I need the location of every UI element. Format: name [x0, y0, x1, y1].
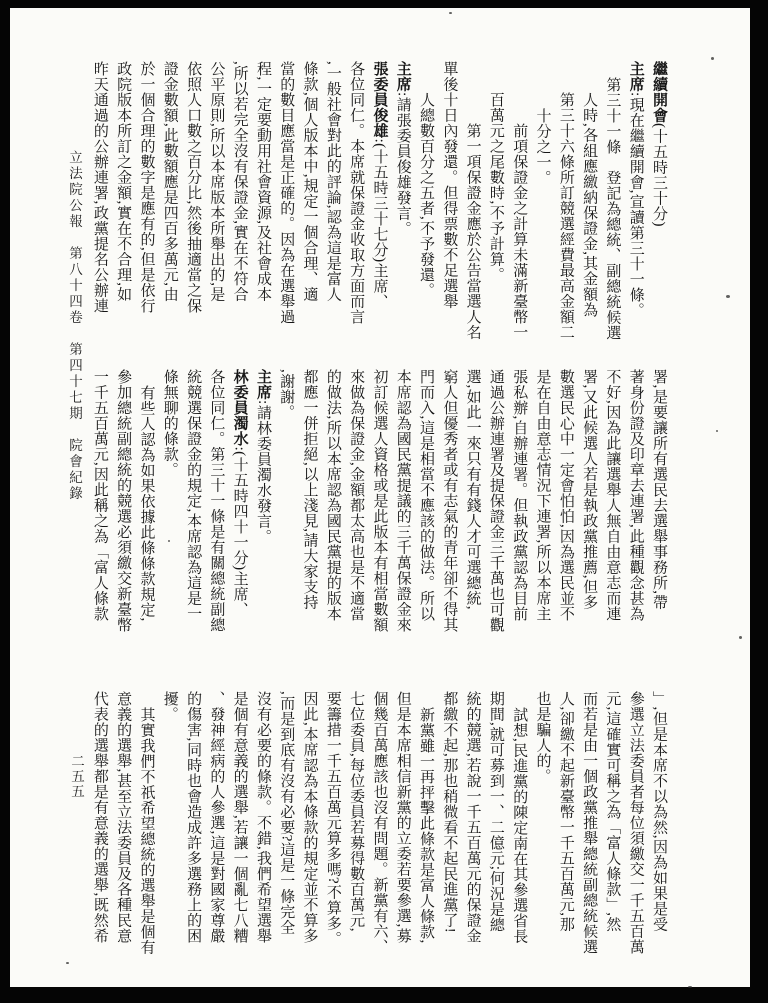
speaker-or-heading: 張委員俊雄 — [371, 61, 387, 139]
body-text: 個幾百萬應該也沒有問題。新黨有六、 — [371, 691, 387, 955]
body-text: 期間,就可募到一、二億元;何況是總 — [488, 691, 504, 932]
scan-speck — [726, 295, 730, 298]
speaker-or-heading: 繼續開會 — [651, 61, 667, 123]
text-column: 試想,民進黨的陳定南在其參選省長 — [507, 691, 530, 997]
text-column: 署,又此候選人若是執政黨推薦,但多 — [577, 369, 600, 653]
body-text: 單後十日內發還。但得票數不足選舉 — [441, 61, 457, 309]
text-column: 元,這確實可稱之為「富人條款」,然 — [600, 691, 623, 997]
body-text: 而若是由一個政黨推舉總統副總統候選 — [581, 691, 597, 955]
text-column: 窮人但優秀者或有志氣的青年卻不得其 — [437, 369, 460, 653]
text-column: 代表的選舉都是有意義的選舉,既然希 — [88, 691, 111, 997]
text-column: 是在自由意志情況下連署,所以本席主 — [530, 369, 553, 653]
text-column: 張委員俊雄:(十五時三十七分)主席、 — [367, 61, 390, 347]
text-column: 新黨雖一再抨擊此條款是富人條款, — [414, 691, 437, 997]
text-column: 初訂候選人資格或是此版本有相當數額 — [367, 369, 390, 653]
text-column: 選,如此一來只有有錢人才可選總統, — [460, 369, 483, 653]
body-text: 人總數百分之五者,不予發還。 — [418, 92, 434, 298]
text-column: 統競選保證金的規定,本席認為這是一 — [181, 369, 204, 653]
text-column: ,而是到底有沒有必要?這是一條完全 — [274, 691, 297, 997]
text-column: 單後十日內發還。但得票數不足選舉 — [437, 61, 460, 347]
body-text: 統競選保證金的規定,本席認為這是一 — [185, 369, 201, 621]
paper-sheet: 立法院公報 第八十四卷 第四十七期 院會紀錄 二五五 繼續開會(十五時三十分)主… — [10, 8, 750, 987]
body-text: 意義的選舉,甚至立法委員及各種民意 — [115, 691, 131, 943]
text-column: 證金數額,此數額應是四百多萬元,由 — [157, 61, 180, 347]
body-text: 要籌措一千五百萬元算多嗎?不算多。 — [325, 691, 341, 946]
speaker-or-heading: 主席 — [628, 61, 644, 92]
text-column: 的做法,所以本席認為國民黨提的版本 — [321, 369, 344, 653]
text-column: 參選立法委員者每位須繳交一千五百萬 — [623, 691, 646, 997]
text-column: 但是本席相信新黨的立委若要參選,募 — [390, 691, 413, 997]
text-column: 人時,各組應繳納保證金,其金額為 — [577, 61, 600, 347]
text-band-top: 繼續開會(十五時三十分)主席:現在繼續開會,宣讀第三十一條。第三十一條 登記為總… — [88, 61, 670, 347]
body-text: 各位同仁。第三十一條是有關總統副總 — [208, 369, 224, 633]
scan-speck — [716, 430, 718, 432]
text-column: 主席:現在繼續開會,宣讀第三十一條。 — [623, 61, 646, 347]
text-column: 條無聊的條款。 — [157, 369, 180, 653]
body-text: 沒有必要的條款。不錯,我們希望選舉 — [255, 691, 271, 943]
body-text: :(十五時三十七分)主席、 — [371, 139, 387, 310]
text-column: 條款,個人版本中,規定一個合理、適 — [297, 61, 320, 347]
text-column: 張私辦,自辦連署。但執政黨認為目前 — [507, 369, 530, 653]
text-column: 第一項保證金應於公告當選人名 — [460, 61, 483, 347]
body-text: 其實我們不祇希望總統的選舉是個有 — [138, 707, 154, 955]
body-text: 公平原則,所以本席版本所舉出的,是 — [208, 61, 224, 302]
text-column: 有些人認為如果依據此條條款規定, — [134, 369, 157, 653]
text-column: 本席認為國民黨提議的三千萬保證金來 — [390, 369, 413, 653]
body-text: 」,但是本席不以為然,因為如果是受 — [651, 691, 667, 932]
scanned-gazette-page: 立法院公報 第八十四卷 第四十七期 院會紀錄 二五五 繼續開會(十五時三十分)主… — [0, 0, 768, 1003]
text-column: 」,但是本席不以為然,因為如果是受 — [647, 691, 670, 997]
text-column: 昨天通過的公辦連署,政黨提名公辦連 — [88, 61, 111, 347]
body-text: 程,一定要動用社會資源,及社會成本 — [255, 61, 271, 302]
body-text: 的做法,所以本席認為國民黨提的版本 — [325, 369, 341, 621]
text-column: 一千五百萬元,因此稱之為「富人條款 — [88, 369, 111, 653]
speaker-or-heading: 林委員濁水 — [232, 369, 248, 447]
text-column: 政院版本所訂之金額,實在不合理,如 — [111, 61, 134, 347]
text-column: 人總數百分之五者,不予發還。 — [414, 61, 437, 347]
text-column: 是個有意義的選舉,若讓一個亂七八糟 — [227, 691, 250, 997]
body-text: 百萬元之尾數時,不予計算。 — [488, 92, 504, 282]
body-text: 代表的選舉都是有意義的選舉,既然希 — [92, 691, 108, 943]
text-column: ,一般社會對此的評論,認為這是富人 — [321, 61, 344, 347]
body-text: 本席認為國民黨提議的三千萬保證金來 — [395, 369, 411, 633]
text-column: 意義的選舉,甚至立法委員及各種民意 — [111, 691, 134, 997]
text-column: 林委員濁水:(十五時四十一分)主席、 — [227, 369, 250, 653]
body-text: (十五時三十分) — [651, 123, 667, 227]
body-text: :(十五時四十一分)主席、 — [232, 447, 248, 618]
text-column: 不好,因為此讓選舉人無自由意志而連 — [600, 369, 623, 653]
body-text: 都應一併拒絕,以上淺見,請大家支持 — [302, 369, 318, 610]
text-column: 數選民心中一定會怕怕,因為選民並不 — [554, 369, 577, 653]
body-text: 是個有意義的選舉,若讓一個亂七八糟 — [232, 691, 248, 943]
body-text: 來做為保證金,金額都太高也是不適當 — [348, 369, 364, 621]
text-column: 、發神經病的人參選,這是對國家尊嚴 — [204, 691, 227, 997]
text-column: 的傷害,同時也會造成許多選務上的困 — [181, 691, 204, 997]
body-text: 著身份證及印章去連署,此種觀念甚為 — [628, 369, 644, 621]
text-column: 各位同仁。本席就保證金收取方面而言 — [344, 61, 367, 347]
text-column: 第三十六條所訂競選經費最高金額二 — [554, 61, 577, 347]
text-column: 署,是要讓所有選民去選舉事務所,帶 — [647, 369, 670, 653]
body-text: 、發神經病的人參選,這是對國家尊嚴 — [208, 691, 224, 943]
text-column: 要籌措一千五百萬元算多嗎?不算多。 — [321, 691, 344, 997]
text-column: 其實我們不祇希望總統的選舉是個有 — [134, 691, 157, 997]
text-column: 程,一定要動用社會資源,及社會成本 — [251, 61, 274, 347]
body-text: 前項保證金之計算未滿新臺幣一 — [511, 123, 527, 340]
body-text: 窮人但優秀者或有志氣的青年卻不得其 — [441, 369, 457, 633]
text-column: 沒有必要的條款。不錯,我們希望選舉 — [251, 691, 274, 997]
text-column: ,謝謝。 — [274, 369, 297, 653]
body-text: 的傷害,同時也會造成許多選務上的困 — [185, 691, 201, 943]
text-column: 依照人口數之百分比,然後抽適當之保 — [181, 61, 204, 347]
scan-speck — [711, 57, 714, 60]
body-text: 數選民心中一定會怕怕,因為選民並不 — [558, 369, 574, 621]
text-column: 前項保證金之計算未滿新臺幣一 — [507, 61, 530, 347]
text-column: 個幾百萬應該也沒有問題。新黨有六、 — [367, 691, 390, 997]
text-column: 都繳不起,那也稍微看不起民進黨了! — [437, 691, 460, 997]
body-text: 第三十一條 登記為總統、副總統候選 — [604, 77, 620, 341]
text-column: ,所以若完全沒有保證金,實在不符合 — [227, 61, 250, 347]
body-text: 張私辦,自辦連署。但執政黨認為目前 — [511, 369, 527, 621]
body-text: 人時,各組應繳納保證金,其金額為 — [581, 92, 597, 318]
text-column: 第三十一條 登記為總統、副總統候選 — [600, 61, 623, 347]
body-text: 有些人認為如果依據此條條款規定, — [138, 385, 154, 622]
text-column: 十分之一。 — [530, 61, 553, 347]
text-column: 也是騙人的。 — [530, 691, 553, 997]
text-column: 著身份證及印章去連署,此種觀念甚為 — [623, 369, 646, 653]
text-column: 統的競選,若說一千五百萬元的保證金 — [460, 691, 483, 997]
text-column: 主席:請張委員俊雄發言。 — [390, 61, 413, 347]
body-text: :請林委員濁水發言。 — [255, 400, 271, 544]
body-text: 元,這確實可稱之為「富人條款」,然 — [604, 691, 620, 932]
scan-speck — [66, 962, 69, 964]
speaker-or-heading: 主席 — [395, 61, 411, 92]
text-column: 都應一併拒絕,以上淺見,請大家支持 — [297, 369, 320, 653]
body-text: 通過公辦連署及提保證金三千萬也可觀 — [488, 369, 504, 633]
body-text: 一千五百萬元,因此稱之為「富人條款 — [92, 369, 108, 621]
body-text: 七位委員,每位委員若募得數百萬元, — [348, 691, 364, 932]
text-column: 人,卻繳不起新臺幣一千五百萬元,那 — [554, 691, 577, 997]
body-text: 十分之一。 — [535, 108, 551, 186]
text-column: 而若是由一個政黨推舉總統副總統候選 — [577, 691, 600, 997]
body-text: 條款,個人版本中,規定一個合理、適 — [302, 61, 318, 302]
body-text: 都繳不起,那也稍微看不起民進黨了! — [441, 691, 457, 933]
body-text: 證金數額,此數額應是四百多萬元,由 — [162, 61, 178, 302]
text-column: 來做為保證金,金額都太高也是不適當 — [344, 369, 367, 653]
body-text: ,所以若完全沒有保證金,實在不符合 — [232, 61, 248, 302]
body-text: 條無聊的條款。 — [162, 369, 178, 478]
text-column: 期間,就可募到一、二億元;何況是總 — [484, 691, 507, 997]
body-text: 因此,本席認為本條款的規定並不算多 — [302, 691, 318, 943]
body-text: :請張委員俊雄發言。 — [395, 92, 411, 236]
body-text: 參加總統副總統的競選必須繳交新臺幣 — [115, 369, 131, 633]
body-text: 門而入,這是相當不應該的做法。所以 — [418, 369, 434, 621]
text-column: 繼續開會(十五時三十分) — [647, 61, 670, 347]
text-band-middle: 署,是要讓所有選民去選舉事務所,帶著身份證及印章去連署,此種觀念甚為不好,因為此… — [88, 369, 670, 653]
text-column: 主席:請林委員濁水發言。 — [251, 369, 274, 653]
body-text: 新黨雖一再抨擊此條款是富人條款, — [418, 707, 434, 944]
body-text: 昨天通過的公辦連署,政黨提名公辦連 — [92, 61, 108, 313]
body-text: 各位同仁。本席就保證金收取方面而言 — [348, 61, 364, 325]
text-column: 擾。 — [157, 691, 180, 997]
body-text: 統的競選,若說一千五百萬元的保證金 — [465, 691, 481, 943]
text-column: 當的數目應當是正確的。因為在選舉過 — [274, 61, 297, 347]
body-text: 於一個合理的數字是應有的,但是依行 — [138, 61, 154, 313]
page-number: 二五五 — [66, 754, 86, 799]
text-column: 參加總統副總統的競選必須繳交新臺幣 — [111, 369, 134, 653]
text-column: 通過公辦連署及提保證金三千萬也可觀 — [484, 369, 507, 653]
text-band-bottom: 」,但是本席不以為然,因為如果是受參選立法委員者每位須繳交一千五百萬元,這確實可… — [88, 691, 670, 997]
body-text: ,一般社會對此的評論,認為這是富人 — [325, 61, 341, 302]
scan-speck — [449, 12, 452, 14]
text-column: 因此,本席認為本條款的規定並不算多 — [297, 691, 320, 997]
text-column: 於一個合理的數字是應有的,但是依行 — [134, 61, 157, 347]
body-text: 也是騙人的。 — [535, 691, 551, 784]
speaker-or-heading: 主席 — [255, 369, 271, 400]
body-text: 選,如此一來只有有錢人才可選總統, — [465, 369, 481, 610]
body-text: 第一項保證金應於公告當選人名 — [465, 123, 481, 340]
body-text: 不好,因為此讓選舉人無自由意志而連 — [604, 369, 620, 621]
text-column: 公平原則,所以本席版本所舉出的,是 — [204, 61, 227, 347]
body-text: :現在繼續開會,宣讀第三十一條。 — [628, 92, 644, 318]
body-text: 署,又此候選人若是執政黨推薦,但多 — [581, 369, 597, 610]
body-text: 人,卻繳不起新臺幣一千五百萬元,那 — [558, 691, 574, 932]
gazette-sidebar-title: 立法院公報 第八十四卷 第四十七期 院會紀錄 — [64, 150, 84, 502]
body-text: 依照人口數之百分比,然後抽適當之保 — [185, 61, 201, 313]
body-text: 署,是要讓所有選民去選舉事務所,帶 — [651, 369, 667, 610]
body-text: ,而是到底有沒有必要?這是一條完全 — [278, 691, 294, 935]
scan-speck — [688, 986, 692, 988]
body-text: 是在自由意志情況下連署,所以本席主 — [535, 369, 551, 621]
body-text: ,謝謝。 — [278, 369, 294, 420]
body-text: 當的數目應當是正確的。因為在選舉過 — [278, 61, 294, 325]
text-column: 七位委員,每位委員若募得數百萬元, — [344, 691, 367, 997]
body-text: 試想,民進黨的陳定南在其參選省長 — [511, 707, 527, 944]
body-text: 擾。 — [162, 691, 178, 722]
body-text: 第三十六條所訂競選經費最高金額二 — [558, 92, 574, 340]
text-column: 百萬元之尾數時,不予計算。 — [484, 61, 507, 347]
body-text: 初訂候選人資格或是此版本有相當數額 — [371, 369, 387, 633]
scan-speck — [168, 540, 170, 542]
body-text: 政院版本所訂之金額,實在不合理,如 — [115, 61, 131, 302]
scan-speck — [739, 636, 742, 639]
body-text: 但是本席相信新黨的立委若要參選,募 — [395, 691, 411, 943]
text-column: 門而入,這是相當不應該的做法。所以 — [414, 369, 437, 653]
text-column: 各位同仁。第三十一條是有關總統副總 — [204, 369, 227, 653]
body-text: 參選立法委員者每位須繳交一千五百萬 — [628, 691, 644, 955]
